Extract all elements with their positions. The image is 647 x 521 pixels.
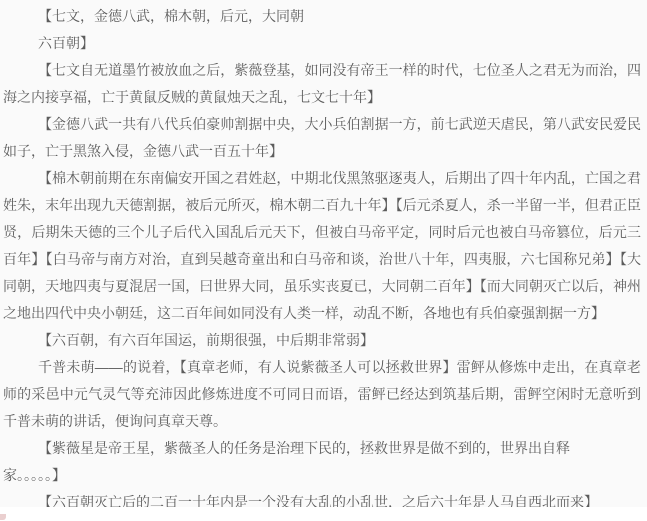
novel-paragraph: 千普未萌——的说着，【真章老师，有人说紫薇圣人可以拯救世界】雷鲆从修炼中走出，在… xyxy=(3,354,641,435)
novel-paragraph: 【紫薇星是帝王星，紫薇圣人的任务是治理下民的，拯救世界是做不到的，世界出自释 xyxy=(3,435,641,462)
novel-paragraph: 【七文自无道墨竹被放血之后，紫薇登基，如同没有帝王一样的时代，七位圣人之君无为而… xyxy=(3,57,641,111)
novel-paragraph: 【金德八武一共有八代兵伯豪帅割据中央，大小兵伯割据一方，前七武逆天虐民，第八武安… xyxy=(3,111,641,165)
novel-paragraph: 【六百朝，有六百年国运，前期很强，中后期非常弱】 xyxy=(3,327,641,354)
novel-paragraph: 家。。。。。】 xyxy=(3,462,641,489)
bottom-white-strip xyxy=(0,507,647,514)
novel-paragraph: 六百朝】 xyxy=(3,30,641,57)
reader-page: 【七文，金德八武，棉木朝，后元，大同朝六百朝】【七文自无道墨竹被放血之后，紫薇登… xyxy=(0,0,647,514)
novel-paragraph: 【棉木朝前期在东南偏安开国之君姓赵，中期北伐黑煞驱逐夷人，后期出了四十年内乱，亡… xyxy=(3,165,641,327)
novel-text: 【七文，金德八武，棉木朝，后元，大同朝六百朝】【七文自无道墨竹被放血之后，紫薇登… xyxy=(3,3,641,516)
novel-paragraph: 【七文，金德八武，棉木朝，后元，大同朝 xyxy=(3,3,641,30)
